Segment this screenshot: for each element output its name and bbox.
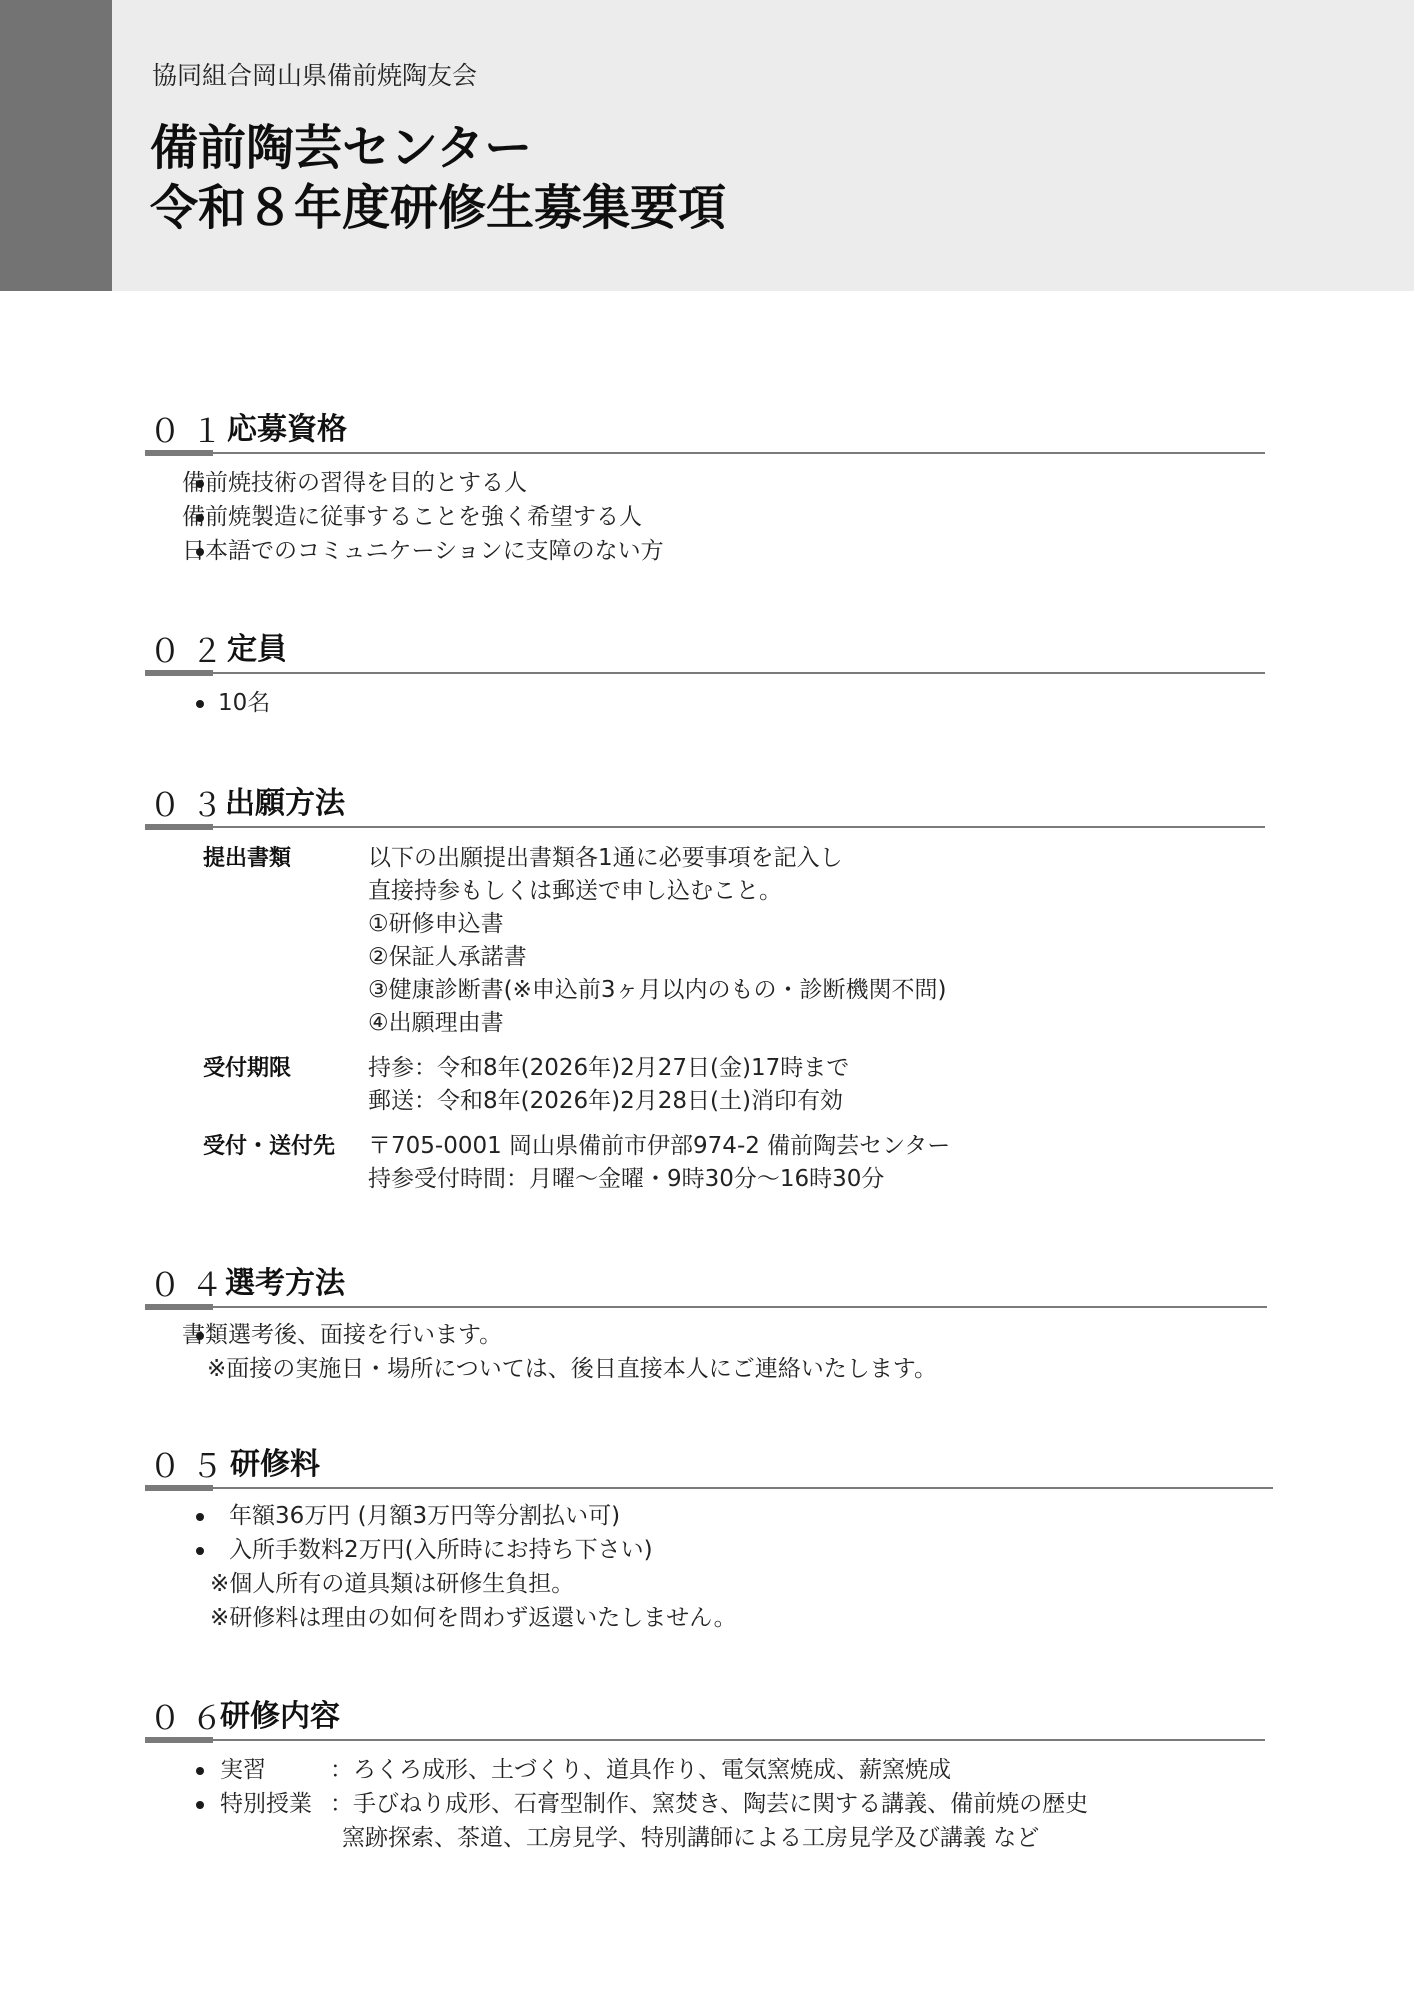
list-item: 年額36万円 (月額3万円等分割払い可) [145,1499,1273,1533]
detail-line: 持参：令和8年(2026年)2月27日(金)17時まで [368,1052,1265,1085]
list-item-special-classes: 特別授業 ：手びねり成形、石膏型制作、窯焚き、陶芸に関する講義、備前焼の歴史 窯… [145,1787,1265,1855]
detail-value-deadline: 持参：令和8年(2026年)2月27日(金)17時まで 郵送：令和8年(2026… [368,1052,1265,1118]
course-label: 実習 [220,1753,330,1787]
section-rule-accent [145,1485,213,1491]
section-heading: ０１ 応募資格 [145,402,1265,454]
detail-label-address: 受付・送付先 [203,1130,368,1196]
course-label: 特別授業 [220,1787,330,1821]
list-item: 備前焼製造に従事することを強く希望する人 [145,500,1265,534]
section-number: ０４ [149,1260,233,1306]
section-training-content: ０６ 研修内容 実習 ：ろくろ成形、土づくり、道具作り、電気窯焼成、薪窯焼成 特… [145,1689,1265,1855]
section-heading: ０６ 研修内容 [145,1689,1265,1741]
detail-line: 以下の出願提出書類各1通に必要事項を記入し [368,842,1265,875]
section-title: 応募資格 [227,404,347,448]
detail-line: 持参受付時間：月曜～金曜・9時30分～16時30分 [368,1163,1265,1196]
list-item: 備前焼技術の習得を目的とする人 [145,466,1265,500]
list-item-practice: 実習 ：ろくろ成形、土づくり、道具作り、電気窯焼成、薪窯焼成 [145,1753,1265,1787]
course-text: ：ろくろ成形、土づくり、道具作り、電気窯焼成、薪窯焼成 [330,1753,951,1787]
section-eligibility: ０１ 応募資格 備前焼技術の習得を目的とする人 備前焼製造に従事することを強く希… [145,402,1265,568]
document-header: 協同組合岡山県備前焼陶友会 備前陶芸センター 令和８年度研修生募集要項 [0,0,1414,291]
detail-label-documents: 提出書類 [203,842,368,1040]
application-details: 提出書類 以下の出願提出書類各1通に必要事項を記入し 直接持参もしくは郵送で申し… [145,842,1265,1196]
section-rule-accent [145,824,213,830]
detail-line: 直接持参もしくは郵送で申し込むこと。 [368,875,1265,908]
list-item: 書類選考後、面接を行います。 [145,1318,1267,1352]
section-number: ０１ [149,406,233,452]
section-selection-method: ０４ 選考方法 書類選考後、面接を行います。 ※面接の実施日・場所については、後… [145,1256,1267,1386]
course-list: 実習 ：ろくろ成形、土づくり、道具作り、電気窯焼成、薪窯焼成 特別授業 ：手びね… [145,1753,1265,1855]
note-text: ※研修料は理由の如何を問わず返還いたしません。 [145,1601,1273,1635]
section-rule [145,452,1265,454]
section-title: 出願方法 [225,778,345,822]
selection-list: 書類選考後、面接を行います。 [145,1318,1267,1352]
section-rule [145,1487,1273,1489]
course-text: ：手びねり成形、石膏型制作、窯焚き、陶芸に関する講義、備前焼の歴史 [330,1787,1088,1821]
section-rule [145,672,1265,674]
detail-label-deadline: 受付期限 [203,1052,368,1118]
section-rule-accent [145,670,213,676]
section-number: ０２ [149,626,233,672]
detail-line: ④出願理由書 [368,1007,1265,1040]
section-application-method: ０３ 出願方法 提出書類 以下の出願提出書類各1通に必要事項を記入し 直接持参も… [145,776,1265,1196]
section-capacity: ０２ 定員 10名 [145,622,1265,720]
section-title: 定員 [227,624,287,668]
title-line-1: 備前陶芸センター [150,118,726,178]
selection-content: 書類選考後、面接を行います。 ※面接の実施日・場所については、後日直接本人にご連… [145,1318,1267,1386]
course-content: 実習 ：ろくろ成形、土づくり、道具作り、電気窯焼成、薪窯焼成 特別授業 ：手びね… [145,1753,1265,1855]
detail-line: ③健康診断書(※申込前3ヶ月以内のもの・診断機関不問) [368,974,1265,1007]
list-item: 日本語でのコミュニケーションに支障のない方 [145,534,1265,568]
eligibility-list: 備前焼技術の習得を目的とする人 備前焼製造に従事することを強く希望する人 日本語… [145,466,1265,568]
detail-line: 郵送：令和8年(2026年)2月28日(土)消印有効 [368,1085,1265,1118]
section-title: 研修内容 [220,1691,340,1735]
detail-line: 〒705-0001 岡山県備前市伊部974-2 備前陶芸センター [368,1130,1265,1163]
section-rule-accent [145,1737,213,1743]
note-text: ※面接の実施日・場所については、後日直接本人にご連絡いたします。 [145,1352,1267,1386]
section-heading: ０４ 選考方法 [145,1256,1267,1308]
section-number: ０５ [149,1441,233,1487]
section-rule-accent [145,1304,213,1310]
section-rule [145,1306,1267,1308]
section-title: 選考方法 [225,1258,345,1302]
header-accent-bar [0,0,112,291]
detail-value-address: 〒705-0001 岡山県備前市伊部974-2 備前陶芸センター 持参受付時間：… [368,1130,1265,1196]
list-item: 10名 [145,686,1265,720]
section-rule [145,1739,1265,1741]
section-title: 研修料 [230,1439,320,1483]
fee-content: 年額36万円 (月額3万円等分割払い可) 入所手数料2万円(入所時にお持ち下さい… [145,1499,1273,1635]
organization-name: 協同組合岡山県備前焼陶友会 [152,56,477,92]
section-heading: ０３ 出願方法 [145,776,1265,828]
list-item: 入所手数料2万円(入所時にお持ち下さい) [145,1533,1273,1567]
detail-value-documents: 以下の出願提出書類各1通に必要事項を記入し 直接持参もしくは郵送で申し込むこと。… [368,842,1265,1040]
note-text: ※個人所有の道具類は研修生負担。 [145,1567,1273,1601]
section-heading: ０５ 研修料 [145,1437,1273,1489]
section-heading: ０２ 定員 [145,622,1265,674]
course-continuation: 窯跡探索、茶道、工房見学、特別講師による工房見学及び講義 など [220,1821,1265,1855]
section-rule-accent [145,450,213,456]
detail-line: ①研修申込書 [368,908,1265,941]
title-line-2: 令和８年度研修生募集要項 [150,178,726,238]
detail-line: ②保証人承諾書 [368,941,1265,974]
section-rule [145,826,1265,828]
section-number: ０３ [149,780,233,826]
section-training-fee: ０５ 研修料 年額36万円 (月額3万円等分割払い可) 入所手数料2万円(入所時… [145,1437,1273,1635]
capacity-list: 10名 [145,686,1265,720]
fee-list: 年額36万円 (月額3万円等分割払い可) 入所手数料2万円(入所時にお持ち下さい… [145,1499,1273,1567]
document-title: 備前陶芸センター 令和８年度研修生募集要項 [150,118,726,238]
